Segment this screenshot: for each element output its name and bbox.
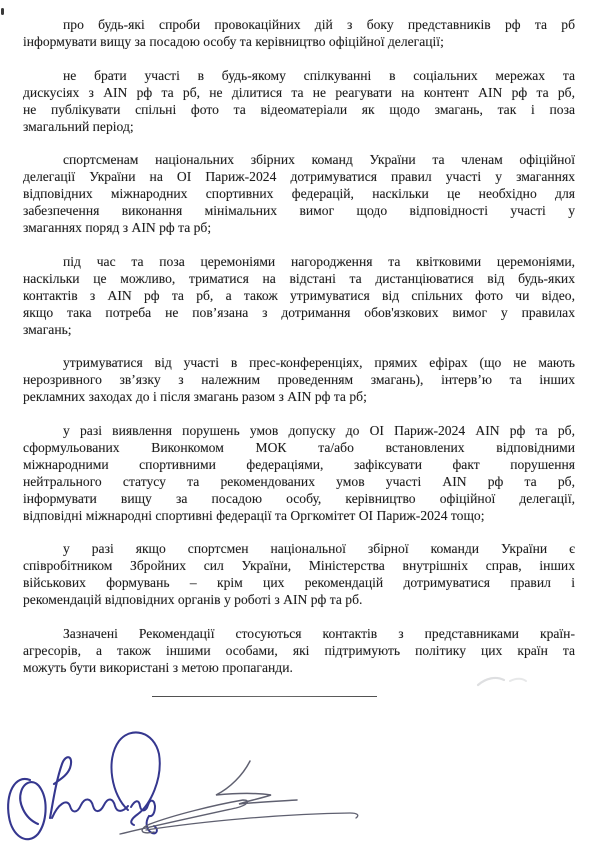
text-line: під час та поза церемоніями нагородження…: [23, 253, 575, 270]
text-line: інформувати вищу за посадою особу, керів…: [23, 490, 575, 507]
text-line: нерозривного зв’язку з належним проведен…: [23, 371, 575, 388]
text-line: не публікувати спільні фото та відеомате…: [23, 101, 575, 118]
text-line: дискусіях з AIN рф та рб, не ділитися та…: [23, 84, 575, 101]
text-line: сформульованих Виконкомом МОК та/або вст…: [23, 439, 575, 456]
paragraph: під час та поза церемоніями нагородження…: [23, 253, 575, 338]
paragraph: утримуватися від участі в прес-конференц…: [23, 354, 575, 405]
paragraph: не брати участі в будь-якому спілкуванні…: [23, 67, 575, 135]
text-line: відповідні міжнародні спортивні федераці…: [23, 507, 575, 524]
text-line: рекламних заходах до і після змагань раз…: [23, 388, 575, 405]
paragraph: у разі якщо спортсмен національної збірн…: [23, 540, 575, 608]
text-line: про будь-які спроби провокаційних дій з …: [23, 16, 575, 33]
paragraph: у разі виявлення порушень умов допуску д…: [23, 422, 575, 524]
text-line: не брати участі в будь-якому спілкуванні…: [23, 67, 575, 84]
text-line: військових формувань – крім цих рекоменд…: [23, 574, 575, 591]
text-line: наскільки це можливо, триматися на відст…: [23, 270, 575, 287]
scan-artifact-speck: [1, 8, 4, 15]
text-line: змагань;: [23, 321, 575, 338]
text-line: агресорів, а також іншими особами, які п…: [23, 642, 575, 659]
text-line: у разі якщо спортсмен національної збірн…: [23, 540, 575, 557]
document-page: про будь-які спроби провокаційних дій з …: [0, 0, 596, 843]
text-line: забезпечення виконання мінімальних вимог…: [23, 202, 575, 219]
text-line: у разі виявлення порушень умов допуску д…: [23, 422, 575, 439]
text-line: якщо така потреба не пов’язана з дотрима…: [23, 304, 575, 321]
text-line: інформувати вищу за посадою особу та кер…: [23, 33, 575, 50]
text-line: делегації України на ОІ Париж-2024 дотри…: [23, 168, 575, 185]
text-line: співробітником Збройних сил України, Мін…: [23, 557, 575, 574]
paragraph: Зазначені Рекомендації стосуються контак…: [23, 625, 575, 676]
text-line: відповідних міжнародних спортивних федер…: [23, 185, 575, 202]
text-line: змагальний період;: [23, 118, 575, 135]
scan-smudge: [470, 672, 530, 692]
handwritten-signature-icon: [0, 718, 400, 843]
text-line: рекомендацій відповідних органів у робот…: [23, 591, 575, 608]
text-line: спортсменам національних збірних команд …: [23, 151, 575, 168]
paragraph: про будь-які спроби провокаційних дій з …: [23, 16, 575, 50]
document-text: про будь-які спроби провокаційних дій з …: [23, 0, 575, 692]
text-line: міжнародними спортивними федераціями, за…: [23, 456, 575, 473]
text-line: нейтрального статусу та рекомендованих у…: [23, 473, 575, 490]
paragraph: спортсменам національних збірних команд …: [23, 151, 575, 236]
text-line: Зазначені Рекомендації стосуються контак…: [23, 625, 575, 642]
text-line: змаганнях поряд з AIN рф та рб;: [23, 219, 575, 236]
text-line: утримуватися від участі в прес-конференц…: [23, 354, 575, 371]
signature-line: [152, 696, 377, 697]
text-line: контактів з AIN рф та рб, а також утриму…: [23, 287, 575, 304]
